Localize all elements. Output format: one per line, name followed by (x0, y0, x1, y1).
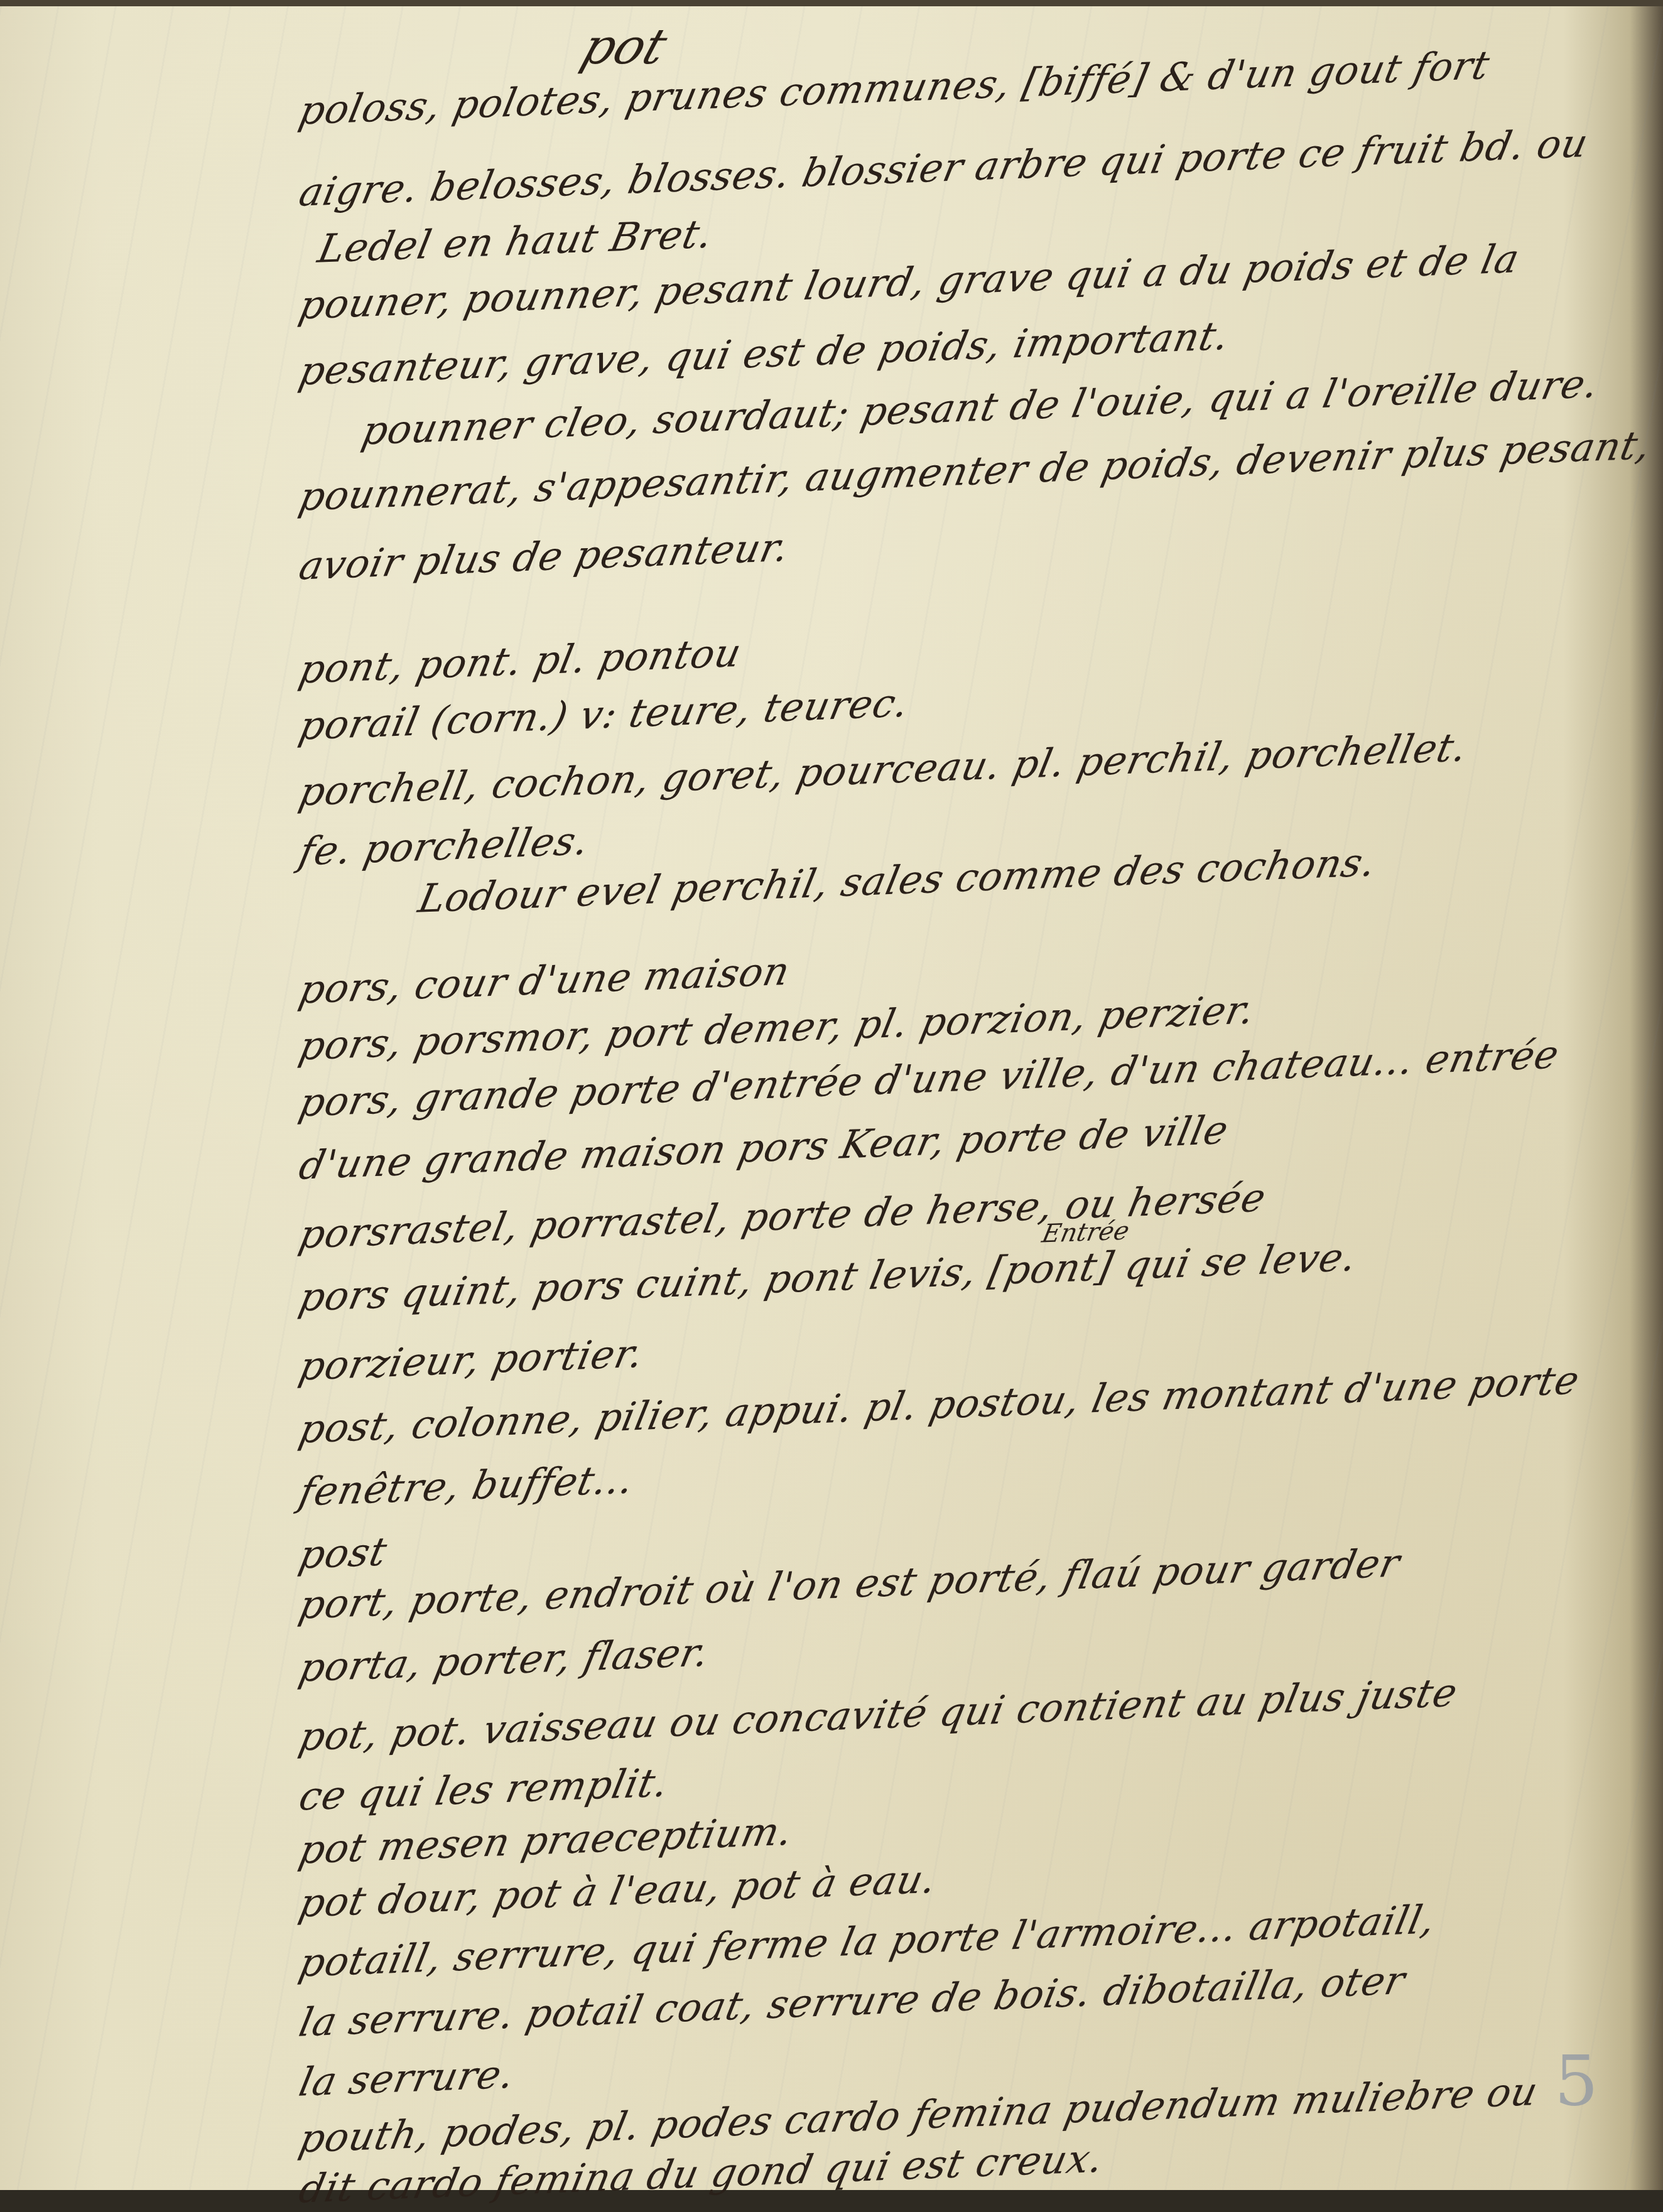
entry-line: pont, pont. pl. pontou (295, 629, 745, 693)
folio-number: 5 (1554, 2041, 1598, 2121)
entry-line: poloss, polotes, prunes communes, [biffé… (295, 42, 1494, 134)
entry-line: pot mesen praeceptium. (295, 1808, 797, 1873)
entry-line: porta, porter, flaser. (295, 1629, 713, 1691)
entry-line: porail (corn.) v: teure, teurec. (295, 679, 913, 749)
page-header-word: pot (575, 19, 673, 75)
entry-line: fe. porchelles. (295, 817, 593, 875)
entry-line: porzieur, portier. (295, 1330, 648, 1389)
entry-line: aigre. belosses, blosses. blossier arbre… (295, 120, 1593, 215)
entry-line: Ledel en haut Bret. (314, 210, 717, 272)
entry-line: fenêtre, buffet... (295, 1456, 638, 1515)
entry-line: post (295, 1528, 391, 1578)
entry-line: ce qui les remplit. (295, 1759, 673, 1820)
entry-line: port, porte, endroit où l'on est porté, … (295, 1540, 1404, 1628)
entry-line: la serrure. (295, 2051, 519, 2105)
interlinear-insertion: Entrée (1039, 1216, 1132, 1248)
entry-line: avoir plus de pesanteur. (295, 524, 794, 589)
manuscript-page: pot poloss, polotes, prunes communes, [b… (0, 0, 1663, 2190)
entry-line: pors, cour d'une maison (295, 947, 794, 1013)
